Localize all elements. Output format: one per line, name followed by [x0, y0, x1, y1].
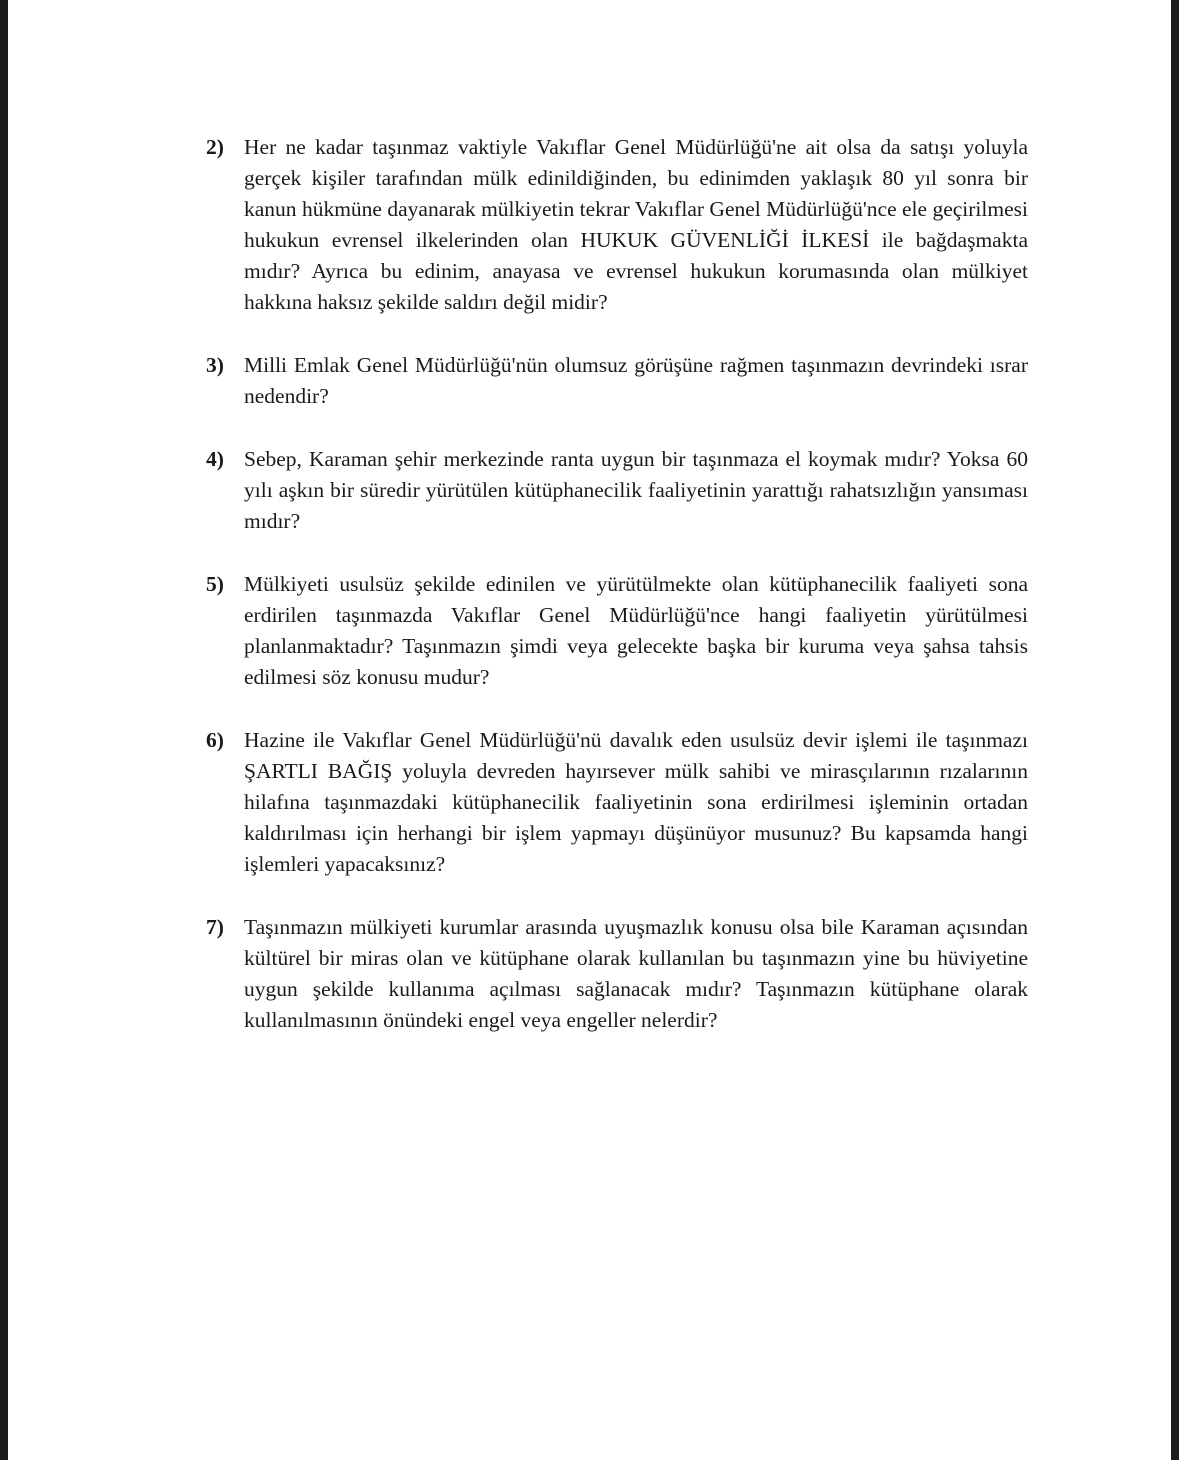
question-number: 3) — [206, 350, 224, 381]
question-text: Taşınmazın mülkiyeti kurumlar arasında u… — [244, 912, 1028, 1036]
question-text: Her ne kadar taşınmaz vaktiyle Vakıflar … — [244, 132, 1028, 318]
question-number: 2) — [206, 132, 224, 163]
question-text: Sebep, Karaman şehir merkezinde ranta uy… — [244, 444, 1028, 537]
question-item: 3) Milli Emlak Genel Müdürlüğü'nün olums… — [206, 350, 1028, 412]
question-number: 4) — [206, 444, 224, 475]
question-text: Mülkiyeti usulsüz şekilde edinilen ve yü… — [244, 569, 1028, 693]
question-number: 6) — [206, 725, 224, 756]
question-item: 2) Her ne kadar taşınmaz vaktiyle Vakıfl… — [206, 132, 1028, 318]
question-text: Hazine ile Vakıflar Genel Müdürlüğü'nü d… — [244, 725, 1028, 880]
document-page: 2) Her ne kadar taşınmaz vaktiyle Vakıfl… — [8, 0, 1171, 1460]
question-list: 2) Her ne kadar taşınmaz vaktiyle Vakıfl… — [206, 132, 1028, 1068]
question-item: 6) Hazine ile Vakıflar Genel Müdürlüğü'n… — [206, 725, 1028, 880]
question-item: 4) Sebep, Karaman şehir merkezinde ranta… — [206, 444, 1028, 537]
question-item: 5) Mülkiyeti usulsüz şekilde edinilen ve… — [206, 569, 1028, 693]
question-number: 5) — [206, 569, 224, 600]
question-number: 7) — [206, 912, 224, 943]
question-item: 7) Taşınmazın mülkiyeti kurumlar arasınd… — [206, 912, 1028, 1036]
question-text: Milli Emlak Genel Müdürlüğü'nün olumsuz … — [244, 350, 1028, 412]
